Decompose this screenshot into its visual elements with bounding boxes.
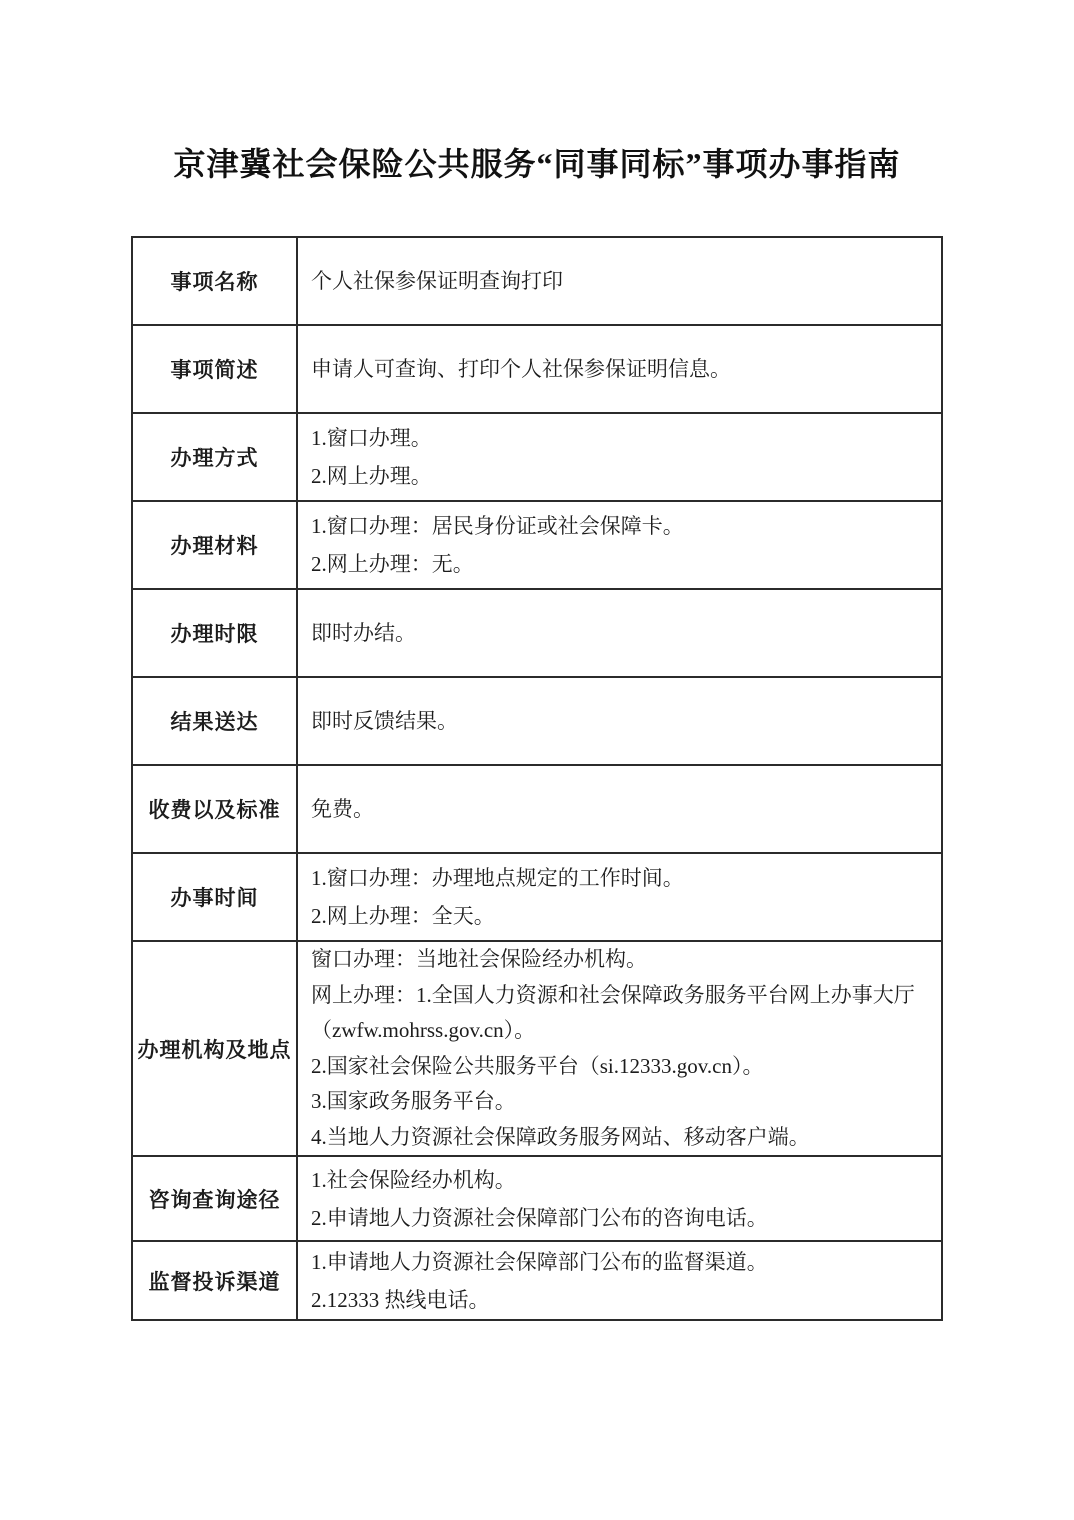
content-line: 申请人可查询、打印个人社保参保证明信息。 bbox=[311, 350, 931, 388]
content-line: 窗口办理：当地社会保险经办机构。 bbox=[311, 942, 931, 978]
content-line: 个人社保参保证明查询打印 bbox=[311, 262, 931, 300]
table-row: 事项名称个人社保参保证明查询打印 bbox=[132, 237, 942, 325]
row-content: 1.社会保险经办机构。2.申请地人力资源社会保障部门公布的咨询电话。 bbox=[297, 1156, 942, 1241]
content-line: 1.窗口办理：居民身份证或社会保障卡。 bbox=[311, 507, 931, 545]
row-label: 办理材料 bbox=[132, 501, 297, 589]
table-row: 监督投诉渠道1.申请地人力资源社会保障部门公布的监督渠道。2.12333 热线电… bbox=[132, 1241, 942, 1320]
content-line: 即时反馈结果。 bbox=[311, 702, 931, 740]
table-row: 办理机构及地点窗口办理：当地社会保险经办机构。网上办理：1.全国人力资源和社会保… bbox=[132, 941, 942, 1156]
content-line: 网上办理：1.全国人力资源和社会保障政务服务平台网上办事大厅 bbox=[311, 978, 931, 1014]
document-page: 京津冀社会保险公共服务“同事同标”事项办事指南 事项名称个人社保参保证明查询打印… bbox=[0, 0, 1074, 1520]
row-content: 即时反馈结果。 bbox=[297, 677, 942, 765]
content-line: 2.12333 热线电话。 bbox=[311, 1281, 931, 1319]
content-line: 2.申请地人力资源社会保障部门公布的咨询电话。 bbox=[311, 1199, 931, 1237]
row-label: 事项名称 bbox=[132, 237, 297, 325]
row-content: 申请人可查询、打印个人社保参保证明信息。 bbox=[297, 325, 942, 413]
row-label: 监督投诉渠道 bbox=[132, 1241, 297, 1320]
content-line: 1.窗口办理。 bbox=[311, 419, 931, 457]
content-line: 4.当地人力资源社会保障政务服务网站、移动客户端。 bbox=[311, 1120, 931, 1156]
table-row: 咨询查询途径1.社会保险经办机构。2.申请地人力资源社会保障部门公布的咨询电话。 bbox=[132, 1156, 942, 1241]
row-content: 1.窗口办理：居民身份证或社会保障卡。2.网上办理：无。 bbox=[297, 501, 942, 589]
table-row: 办理方式1.窗口办理。2.网上办理。 bbox=[132, 413, 942, 501]
content-line: 免费。 bbox=[311, 790, 931, 828]
content-line: 1.申请地人力资源社会保障部门公布的监督渠道。 bbox=[311, 1243, 931, 1281]
content-line: 3.国家政务服务平台。 bbox=[311, 1084, 931, 1120]
guide-table-body: 事项名称个人社保参保证明查询打印事项简述申请人可查询、打印个人社保参保证明信息。… bbox=[132, 237, 942, 1320]
content-line: 即时办结。 bbox=[311, 614, 931, 652]
content-line: 2.网上办理：全天。 bbox=[311, 897, 931, 935]
row-label: 办理时限 bbox=[132, 589, 297, 677]
table-row: 收费以及标准免费。 bbox=[132, 765, 942, 853]
row-content: 即时办结。 bbox=[297, 589, 942, 677]
content-line: 1.窗口办理：办理地点规定的工作时间。 bbox=[311, 859, 931, 897]
table-row: 结果送达即时反馈结果。 bbox=[132, 677, 942, 765]
row-content: 1.窗口办理。2.网上办理。 bbox=[297, 413, 942, 501]
row-label: 咨询查询途径 bbox=[132, 1156, 297, 1241]
row-label: 办理方式 bbox=[132, 413, 297, 501]
content-line: （zwfw.mohrss.gov.cn）。 bbox=[311, 1013, 931, 1049]
row-label: 办理机构及地点 bbox=[132, 941, 297, 1156]
table-row: 办理时限即时办结。 bbox=[132, 589, 942, 677]
row-label: 事项简述 bbox=[132, 325, 297, 413]
row-content: 窗口办理：当地社会保险经办机构。网上办理：1.全国人力资源和社会保障政务服务平台… bbox=[297, 941, 942, 1156]
table-row: 办事时间1.窗口办理：办理地点规定的工作时间。2.网上办理：全天。 bbox=[132, 853, 942, 941]
content-line: 2.网上办理。 bbox=[311, 457, 931, 495]
content-line: 2.网上办理：无。 bbox=[311, 545, 931, 583]
document-title: 京津冀社会保险公共服务“同事同标”事项办事指南 bbox=[0, 144, 1074, 184]
content-line: 1.社会保险经办机构。 bbox=[311, 1161, 931, 1199]
row-label: 办事时间 bbox=[132, 853, 297, 941]
row-label: 收费以及标准 bbox=[132, 765, 297, 853]
content-line: 2.国家社会保险公共服务平台（si.12333.gov.cn）。 bbox=[311, 1049, 931, 1085]
row-content: 免费。 bbox=[297, 765, 942, 853]
row-content: 个人社保参保证明查询打印 bbox=[297, 237, 942, 325]
table-row: 事项简述申请人可查询、打印个人社保参保证明信息。 bbox=[132, 325, 942, 413]
row-content: 1.窗口办理：办理地点规定的工作时间。2.网上办理：全天。 bbox=[297, 853, 942, 941]
row-content: 1.申请地人力资源社会保障部门公布的监督渠道。2.12333 热线电话。 bbox=[297, 1241, 942, 1320]
guide-table: 事项名称个人社保参保证明查询打印事项简述申请人可查询、打印个人社保参保证明信息。… bbox=[131, 236, 943, 1321]
table-row: 办理材料1.窗口办理：居民身份证或社会保障卡。2.网上办理：无。 bbox=[132, 501, 942, 589]
row-label: 结果送达 bbox=[132, 677, 297, 765]
